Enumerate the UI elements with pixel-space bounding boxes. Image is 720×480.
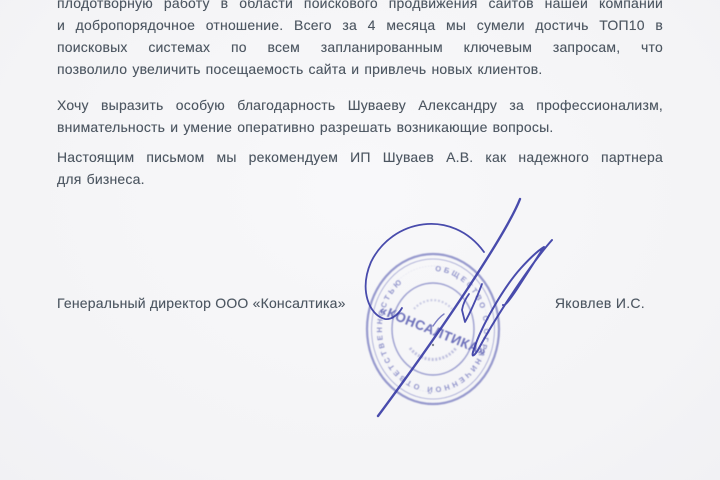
letter-line: внимательность и умение оперативно разре… — [57, 116, 663, 138]
letter-line: и добропорядочное отношение. Всего за 4 … — [57, 14, 663, 36]
signoff-title: Генеральный директор ООО «Консалтика» — [57, 293, 346, 313]
letter-line: Хочу выразить особую благодарность Шувае… — [57, 94, 663, 116]
paragraph: Хочу выразить особую благодарность Шувае… — [57, 94, 663, 138]
letter-line: поисковых системах по всем запланированн… — [57, 36, 663, 58]
signoff-name: Яковлев И.С. — [555, 293, 645, 313]
stamp-center-text: «КОНСАЛТИКА» — [377, 302, 489, 359]
scanned-letter-page: плодотворную работу в области поискового… — [0, 0, 720, 480]
letter-line: плодотворную работу в области поискового… — [57, 0, 663, 14]
letter-line: Настоящим письмом мы рекомендуем ИП Шува… — [57, 146, 663, 168]
letter-line: позволило увеличить посещаемость сайта и… — [57, 58, 663, 80]
paragraph: Настоящим письмом мы рекомендуем ИП Шува… — [57, 146, 663, 190]
letter-body: плодотворную работу в области поискового… — [57, 0, 663, 190]
company-stamp: ОБЩЕСТВО С ОГРАНИЧЕННОЙ ОТВЕТСТВЕННОСТЬЮ… — [364, 251, 502, 407]
stamp-small-arc-marks — [414, 300, 452, 309]
stamp-small-arc-marks — [410, 348, 456, 359]
letter-line: для бизнеса. — [57, 168, 663, 190]
paragraph: плодотворную работу в области поискового… — [57, 0, 663, 80]
signoff-row: Генеральный директор ООО «Консалтика» Як… — [57, 293, 663, 313]
